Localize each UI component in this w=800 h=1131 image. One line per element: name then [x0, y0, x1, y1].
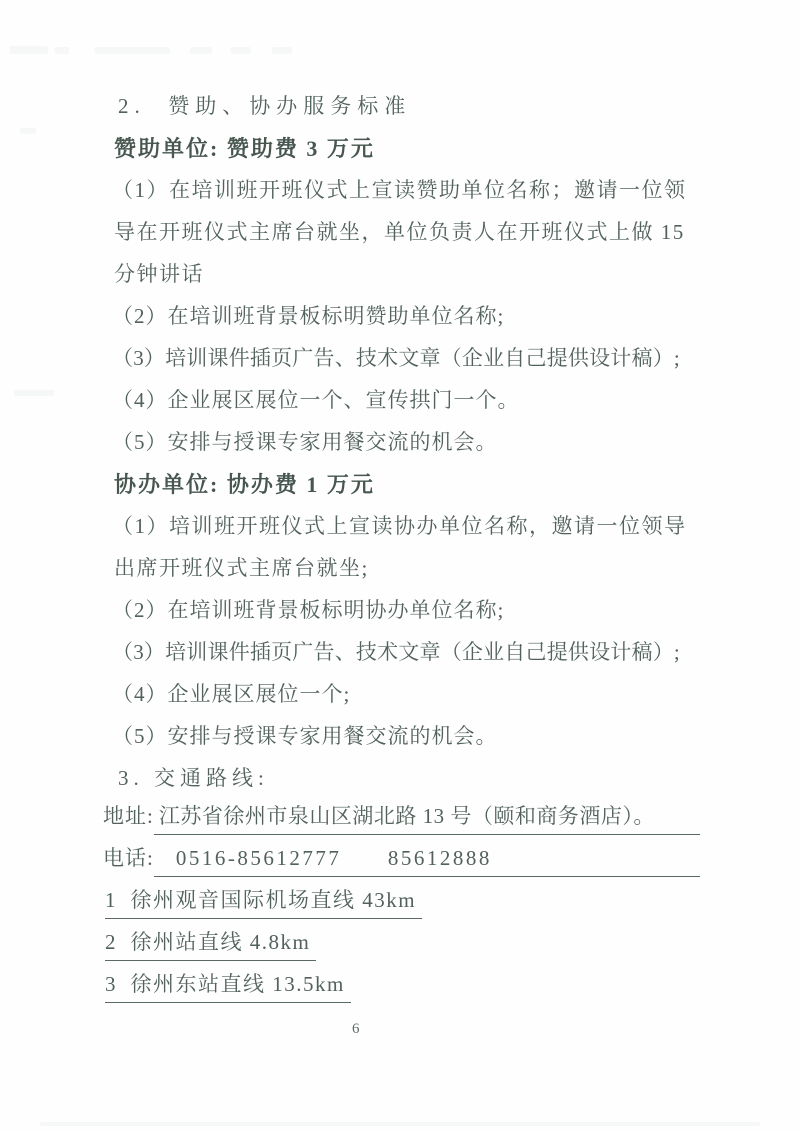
- coorganizer-item-1-line1: （1）培训班开班仪式上宣读协办单位名称，邀请一位领导: [0, 504, 700, 546]
- phone-line: 电话: 0516-85612777 85612888: [0, 840, 700, 882]
- sponsor-item-5-text: （5）安排与授课专家用餐交流的机会。: [112, 426, 498, 456]
- sponsor-item-2-text: （2）在培训班背景板标明赞助单位名称;: [112, 300, 504, 330]
- section2-heading-text: 2. 赞助、协办服务标准: [118, 90, 411, 120]
- coorganizer-item-2: （2）在培训班背景板标明协办单位名称;: [0, 588, 700, 630]
- route-station: 2 徐州站直线 4.8km: [0, 924, 700, 966]
- coorganizer-item-3: （3）培训课件插页广告、技术文章（企业自己提供设计稿）;: [0, 630, 700, 672]
- sponsor-item-3: （3）培训课件插页广告、技术文章（企业自己提供设计稿）;: [0, 336, 700, 378]
- route-airport-text: 1 徐州观音国际机场直线 43km: [105, 882, 422, 919]
- document-page: 2. 赞助、协办服务标准 赞助单位: 赞助费 3 万元 （1）在培训班开班仪式上…: [0, 0, 800, 1131]
- phone-value: 0516-85612777 85612888: [154, 840, 700, 877]
- scan-artifact: [95, 47, 170, 54]
- sponsor-item-1-line2: 导在开班仪式主席台就坐，单位负责人在开班仪式上做 15: [0, 210, 700, 252]
- sponsor-item-4-text: （4）企业展区展位一个、宣传拱门一个。: [112, 384, 520, 414]
- route-east-station-text: 3 徐州东站直线 13.5km: [105, 966, 351, 1003]
- sponsor-item-3-text: （3）培训课件插页广告、技术文章（企业自己提供设计稿）;: [112, 342, 680, 372]
- address-value: 江苏省徐州市泉山区湖北路 13 号（颐和商务酒店）。: [154, 798, 700, 835]
- scan-artifact: [55, 47, 69, 54]
- phone-label: 电话:: [103, 840, 154, 876]
- coorganizer-item-3-text: （3）培训课件插页广告、技术文章（企业自己提供设计稿）;: [112, 636, 680, 666]
- sponsor-item-1-line3-text: 分钟讲话: [114, 258, 204, 288]
- coorganizer-item-1-line2: 出席开班仪式主席台就坐;: [0, 546, 700, 588]
- scan-artifact: [10, 46, 48, 54]
- coorganizer-title: 协办单位: 协办费 1 万元: [0, 462, 700, 504]
- sponsor-item-1-line1-text: （1）在培训班开班仪式上宣读赞助单位名称；邀请一位领: [112, 174, 687, 204]
- sponsor-item-5: （5）安排与授课专家用餐交流的机会。: [0, 420, 700, 462]
- sponsor-item-1-line3: 分钟讲话: [0, 252, 700, 294]
- scan-artifact: [272, 47, 292, 54]
- address-label: 地址:: [103, 798, 154, 834]
- scan-artifact: [231, 47, 251, 54]
- coorganizer-title-text: 协办单位: 协办费 1 万元: [114, 468, 375, 499]
- sponsor-title: 赞助单位: 赞助费 3 万元: [0, 126, 700, 168]
- page-number-text: 6: [352, 1021, 360, 1038]
- coorganizer-item-1-line2-text: 出席开班仪式主席台就坐;: [114, 552, 369, 582]
- scan-artifact: [40, 1122, 760, 1126]
- route-airport: 1 徐州观音国际机场直线 43km: [0, 882, 700, 924]
- scan-artifact: [190, 47, 212, 54]
- coorganizer-item-5: （5）安排与授课专家用餐交流的机会。: [0, 714, 700, 756]
- coorganizer-item-5-text: （5）安排与授课专家用餐交流的机会。: [112, 720, 498, 750]
- sponsor-item-4: （4）企业展区展位一个、宣传拱门一个。: [0, 378, 700, 420]
- coorganizer-item-4: （4）企业展区展位一个;: [0, 672, 700, 714]
- sponsor-item-1-line1: （1）在培训班开班仪式上宣读赞助单位名称；邀请一位领: [0, 168, 700, 210]
- section2-heading: 2. 赞助、协办服务标准: [0, 84, 700, 126]
- coorganizer-item-1-line1-text: （1）培训班开班仪式上宣读协办单位名称，邀请一位领导: [112, 510, 687, 540]
- sponsor-title-text: 赞助单位: 赞助费 3 万元: [114, 132, 375, 163]
- document-content: 2. 赞助、协办服务标准 赞助单位: 赞助费 3 万元 （1）在培训班开班仪式上…: [0, 84, 700, 1050]
- route-east-station: 3 徐州东站直线 13.5km: [0, 966, 700, 1008]
- route-station-text: 2 徐州站直线 4.8km: [105, 924, 316, 961]
- sponsor-item-2: （2）在培训班背景板标明赞助单位名称;: [0, 294, 700, 336]
- coorganizer-item-2-text: （2）在培训班背景板标明协办单位名称;: [112, 594, 504, 624]
- sponsor-item-1-line2-text: 导在开班仪式主席台就坐，单位负责人在开班仪式上做 15: [114, 216, 685, 246]
- section3-heading-text: 3. 交通路线:: [118, 762, 269, 792]
- section3-heading: 3. 交通路线:: [0, 756, 700, 798]
- page-number: 6: [0, 1008, 700, 1050]
- address-line: 地址: 江苏省徐州市泉山区湖北路 13 号（颐和商务酒店）。: [0, 798, 700, 840]
- coorganizer-item-4-text: （4）企业展区展位一个;: [112, 678, 350, 708]
